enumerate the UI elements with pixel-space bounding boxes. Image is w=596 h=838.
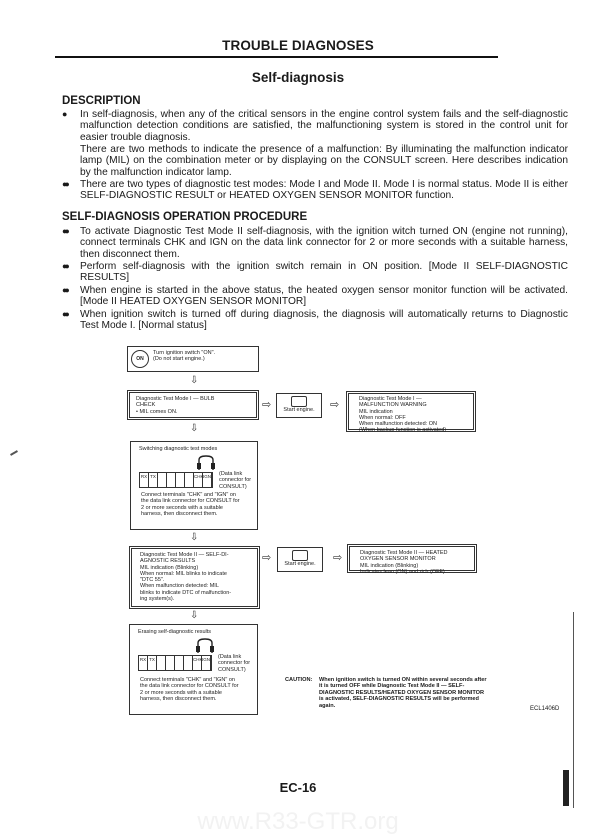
- mode2-self-diagnostic-results-box: Diagnostic Test Mode II — SELF-DI- AGNOS…: [129, 546, 260, 609]
- page-header-title: TROUBLE DIAGNOSES: [0, 38, 596, 53]
- bullet-text: Perform self-diagnosis with the ignition…: [80, 261, 568, 283]
- watermark: www.R33-GTR.org: [0, 808, 596, 836]
- bullet-icon: ●●: [62, 179, 67, 190]
- ignition-key-icon: ON: [131, 350, 149, 368]
- bullet-icon: ●●: [62, 261, 67, 272]
- pin-label: TX: [148, 656, 157, 670]
- box-text: ing system(s).: [140, 596, 249, 602]
- box-text: Indicates lean (ON) and rich (OFF): [360, 569, 464, 575]
- description-heading: DESCRIPTION: [62, 95, 141, 107]
- harness-jumper-icon: [194, 637, 216, 653]
- header-rule: [55, 56, 498, 58]
- arrow-down-icon: ⇩: [190, 424, 198, 434]
- box-text: • MIL comes ON.: [136, 409, 250, 415]
- arrow-down-icon: ⇩: [190, 376, 198, 386]
- pin-label: [167, 473, 176, 487]
- bullet-icon: ●●: [62, 285, 67, 296]
- engine-icon: [292, 550, 308, 561]
- bullet-icon: ●●: [62, 226, 67, 237]
- pin-label: RX: [140, 473, 149, 487]
- pin-label: RX: [139, 656, 148, 670]
- pin-label: IGN: [202, 656, 211, 670]
- procedure-bullet-4: ●● When ignition switch is turned off du…: [80, 309, 568, 332]
- switching-modes-box: Switching diagnostic test modes RX TX CH…: [130, 441, 258, 530]
- pin-label: [157, 656, 166, 670]
- procedure-bullet-3: ●● When engine is started in the above s…: [80, 285, 568, 308]
- data-link-connector: RX TX CHK IGN: [139, 472, 213, 488]
- connector-label: (Data link connector for CONSULT): [219, 471, 257, 490]
- description-para-2: There are two methods to indicate the pr…: [80, 144, 568, 178]
- description-bullet-3: ●● There are two types of diagnostic tes…: [80, 179, 568, 202]
- bullet-text: There are two types of diagnostic test m…: [80, 179, 568, 201]
- procedure-bullet-2: ●● Perform self-diagnosis with the ignit…: [80, 261, 568, 284]
- caution-text: When ignition switch is turned ON within…: [319, 677, 490, 709]
- start-engine-box-2: Start engine.: [277, 547, 323, 572]
- box-text: Connect terminals "CHK" and "IGN" on the…: [140, 677, 240, 702]
- connector-label: (Data link connector for CONSULT): [218, 654, 256, 673]
- bullet-text: To activate Diagnostic Test Mode II self…: [80, 226, 568, 260]
- pin-label: CHK: [194, 473, 203, 487]
- procedure-heading: SELF-DIAGNOSIS OPERATION PROCEDURE: [62, 211, 307, 223]
- caution-note: CAUTION: When ignition switch is turned …: [285, 677, 490, 709]
- bullet-icon: ●●: [62, 309, 67, 320]
- section-title: Self-diagnosis: [0, 70, 596, 85]
- arrow-right-icon: ⇨: [262, 400, 271, 411]
- harness-jumper-icon: [195, 454, 217, 470]
- pin-label: [175, 656, 184, 670]
- scan-mark: [10, 450, 18, 456]
- pin-label: IGN: [203, 473, 212, 487]
- procedure-bullet-1: ●● To activate Diagnostic Test Mode II s…: [80, 226, 568, 260]
- mode2-heated-oxygen-monitor-box: Diagnostic Test Mode II — HEATED OXYGEN …: [347, 544, 477, 573]
- box-title: Erasing self-diagnostic results: [138, 629, 249, 635]
- mode1-bulb-check-box: Diagnostic Test Mode I — BULB CHECK • MI…: [127, 390, 259, 420]
- box-text: Connect terminals "CHK" and "IGN" on the…: [141, 492, 241, 517]
- page-number: EC-16: [0, 780, 596, 795]
- box-text: Start engine.: [277, 407, 321, 413]
- box-title: Switching diagnostic test modes: [139, 446, 249, 452]
- box-text: (When backup function is activated): [359, 427, 463, 433]
- bullet-text: In self-diagnosis, when any of the criti…: [80, 109, 568, 143]
- arrow-down-icon: ⇩: [190, 611, 198, 621]
- pin-label: [176, 473, 185, 487]
- data-link-connector: RX TX CHK IGN: [138, 655, 212, 671]
- engine-icon: [291, 396, 307, 407]
- page-edge-shadow: [563, 770, 569, 806]
- arrow-down-icon: ⇩: [190, 533, 198, 543]
- bullet-text: When ignition switch is turned off durin…: [80, 309, 568, 331]
- figure-id: ECL1406D: [530, 706, 559, 712]
- step-turn-ignition-box: ON Turn ignition switch "ON". (Do not st…: [127, 346, 259, 372]
- pin-label: [158, 473, 167, 487]
- pin-label: TX: [149, 473, 158, 487]
- step-text: (Do not start engine.): [131, 356, 255, 362]
- pin-label: CHK: [193, 656, 202, 670]
- arrow-right-icon: ⇨: [333, 553, 342, 564]
- box-text: Start engine.: [278, 561, 322, 567]
- bullet-icon: ●: [62, 109, 67, 120]
- arrow-right-icon: ⇨: [330, 400, 339, 411]
- description-bullet-1: ● In self-diagnosis, when any of the cri…: [80, 109, 568, 143]
- pin-label: [184, 656, 193, 670]
- pin-label: [185, 473, 194, 487]
- pin-label: [166, 656, 175, 670]
- bullet-text: There are two methods to indicate the pr…: [80, 144, 568, 178]
- bullet-text: When engine is started in the above stat…: [80, 285, 568, 307]
- arrow-right-icon: ⇨: [262, 553, 271, 564]
- caution-label: CAUTION:: [285, 677, 312, 683]
- mode1-malfunction-warning-box: Diagnostic Test Mode I — MALFUNCTION WAR…: [346, 391, 476, 432]
- start-engine-box-1: Start engine.: [276, 393, 322, 418]
- erasing-results-box: Erasing self-diagnostic results RX TX CH…: [129, 624, 258, 715]
